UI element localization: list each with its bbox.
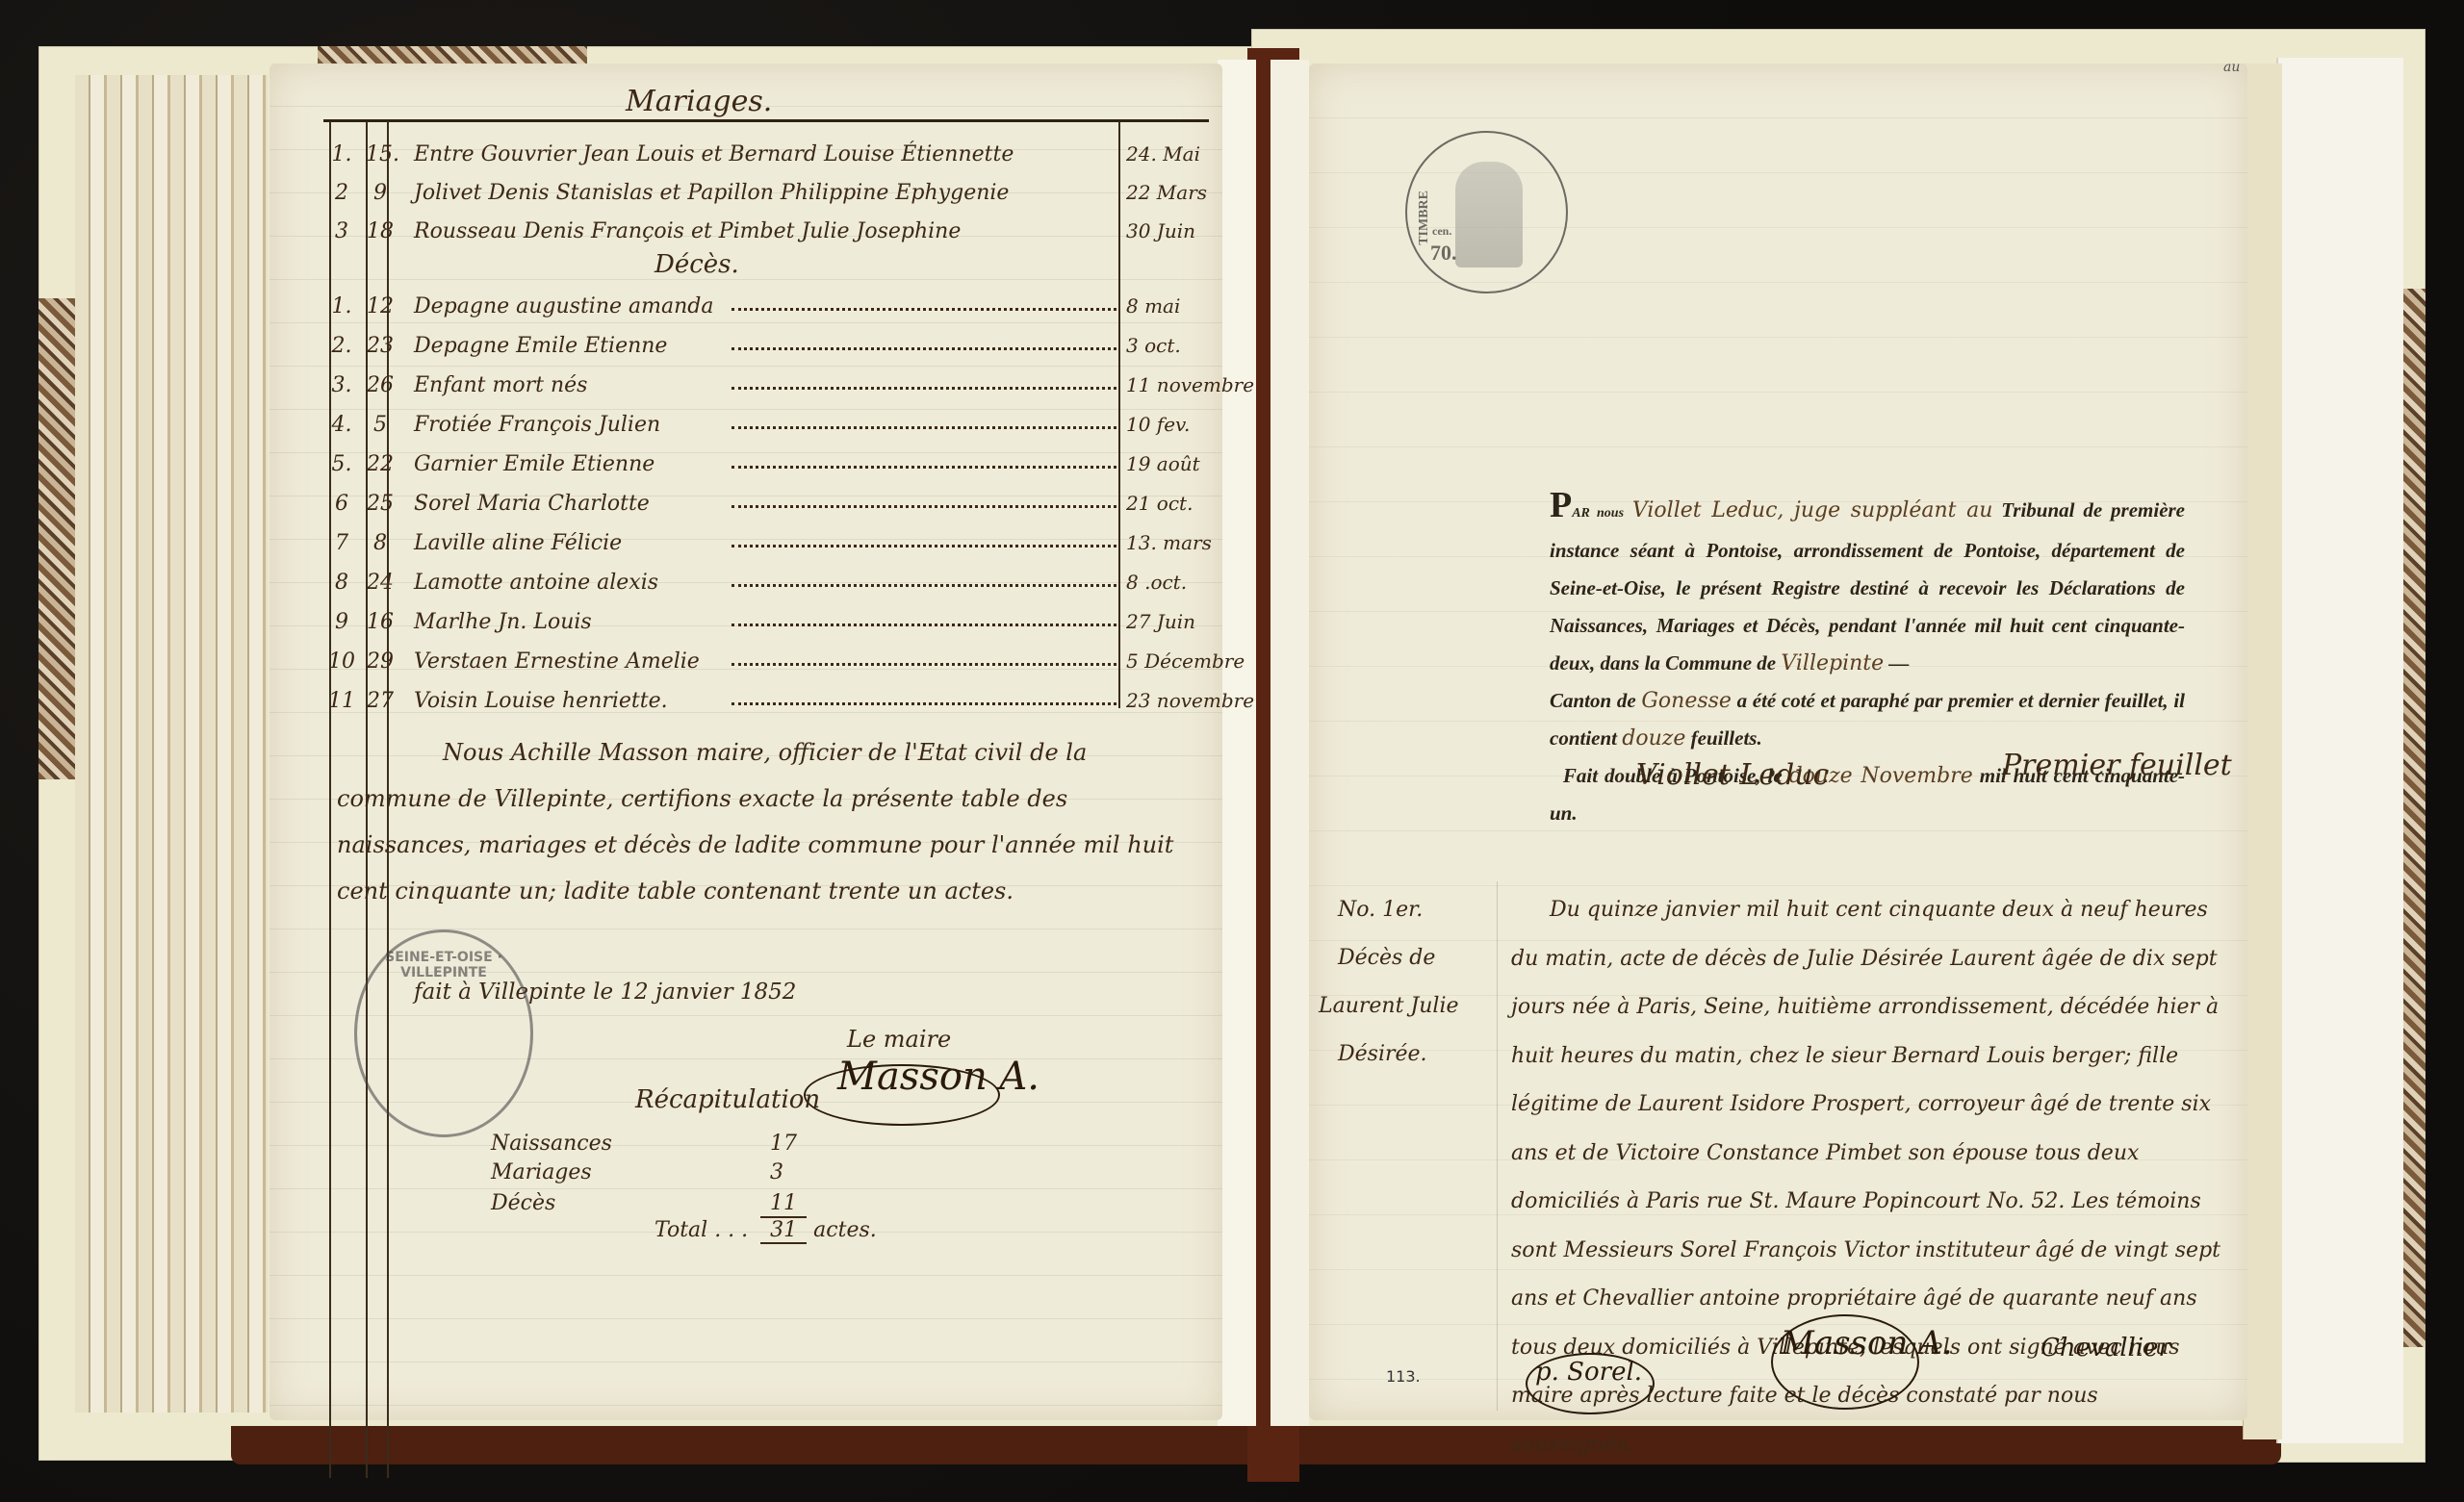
death-row: 916 Marlhe Jn. Louis 27 Juin (327, 610, 1203, 649)
mayor-signature-masson: Masson A. (1781, 1324, 1953, 1362)
leader-dots (731, 584, 1116, 587)
leader-dots (731, 624, 1116, 626)
marriage-row: 1. 15. Entre Gouvrier Jean Louis et Bern… (327, 142, 1203, 181)
marriage-row: 3 18 Rousseau Denis François et Pimbet J… (327, 219, 1203, 258)
marriage-names: Entre Gouvrier Jean Louis et Bernard Lou… (414, 142, 1014, 166)
mairie-stamp: SEINE-ET-OISE · VILLEPINTE (354, 929, 533, 1137)
leader-dots (731, 308, 1116, 311)
leader-dots (731, 545, 1116, 547)
marriage-date: 24. Mai (1126, 142, 1200, 165)
mayor-certification: Nous Achille Masson maire, officier de l… (337, 729, 1203, 914)
left-page-stack (75, 75, 268, 1413)
sheet-count-fill: douze (1622, 726, 1685, 751)
leader-dots (731, 387, 1116, 390)
margin-act-number: No. 1er. (1338, 886, 1501, 934)
marriage-row: 2 9 Jolivet Denis Stanislas et Papillon … (327, 181, 1203, 219)
marbled-edge-right (2401, 289, 2425, 1347)
marriages-title: Mariages. (626, 85, 772, 118)
recap-total: Total . . . 31 actes. (654, 1218, 877, 1242)
margin-surname: Laurent Julie (1319, 982, 1482, 1031)
death-row: 4.5 Frotiée François Julien 10 fev. (327, 413, 1203, 451)
judge-name-fill: Viollet Leduc, juge suppléant au (1632, 498, 1993, 522)
recap-title: Récapitulation (635, 1085, 820, 1114)
canton-fill: Gonesse (1641, 689, 1732, 713)
death-row: 1029 Verstaen Ernestine Amelie 5 Décembr… (327, 649, 1203, 688)
left-page: Mariages. 1. 15. Entre Gouvrier Jean Lou… (269, 64, 1222, 1420)
right-protective-sheet (2276, 58, 2403, 1443)
death-row: 1127 Voisin Louise henriette. 23 novembr… (327, 689, 1203, 727)
marriage-names: Jolivet Denis Stanislas et Papillon Phil… (414, 181, 1009, 205)
death-row: 3.26 Enfant mort nés 11 novembre (327, 373, 1203, 412)
corner-mark: au (2223, 60, 2240, 75)
marbled-edge-top (318, 46, 587, 65)
deaths-heading: Décès. (654, 250, 739, 279)
marbled-edge-left (38, 298, 77, 779)
gutter-right (1270, 60, 1309, 1426)
right-page-stack (2243, 64, 2282, 1439)
margin-given-name: Désirée. (1338, 1031, 1501, 1079)
margin-rule (1497, 881, 1498, 1411)
leader-dots (731, 466, 1116, 469)
death-row: 1.12 Depagne augustine amanda 8 mai (327, 294, 1203, 333)
leader-dots (731, 347, 1116, 350)
leader-dots (731, 702, 1116, 705)
margin-deces-de: Décès de (1338, 934, 1501, 982)
judge-signature: Viollet Leduc (1636, 758, 1829, 792)
commune-fill: Villepinte (1781, 651, 1884, 675)
leader-dots (731, 663, 1116, 666)
leader-dots (731, 505, 1116, 508)
marriage-date: 22 Mars (1126, 181, 1207, 204)
witness-signature-sorel: p. Sorel. (1535, 1358, 1642, 1387)
table-top-rule (323, 119, 1209, 122)
leader-dots (731, 426, 1116, 429)
total-value: 31 (760, 1216, 807, 1244)
marriage-date: 30 Juin (1126, 219, 1195, 242)
death-row: 2.23 Depagne Emile Etienne 3 oct. (327, 334, 1203, 372)
premier-feuillet-note: Premier feuillet (2002, 749, 2232, 782)
death-row: 78 Laville aline Félicie 13. mars (327, 531, 1203, 570)
death-row: 625 Sorel Maria Charlotte 21 oct. (327, 492, 1203, 530)
justice-figure-icon (1455, 162, 1523, 267)
timbre-seal: TIMBRE cen. 70. (1405, 131, 1568, 293)
folio-number: 113. (1386, 1367, 1421, 1386)
marriage-names: Rousseau Denis François et Pimbet Julie … (414, 219, 961, 243)
right-page: au TIMBRE cen. 70. PAR nous Viollet Ledu… (1309, 64, 2247, 1420)
mayor-signature: Masson A. (837, 1055, 1039, 1099)
gutter-left (1218, 60, 1256, 1426)
death-row: 824 Lamotte antoine alexis 8 .oct. (327, 571, 1203, 609)
death-row: 5.22 Garnier Emile Etienne 19 août (327, 452, 1203, 491)
maire-label: Le maire (847, 1026, 951, 1053)
witness-signature-chevallier: Chevallier (2040, 1334, 2170, 1362)
